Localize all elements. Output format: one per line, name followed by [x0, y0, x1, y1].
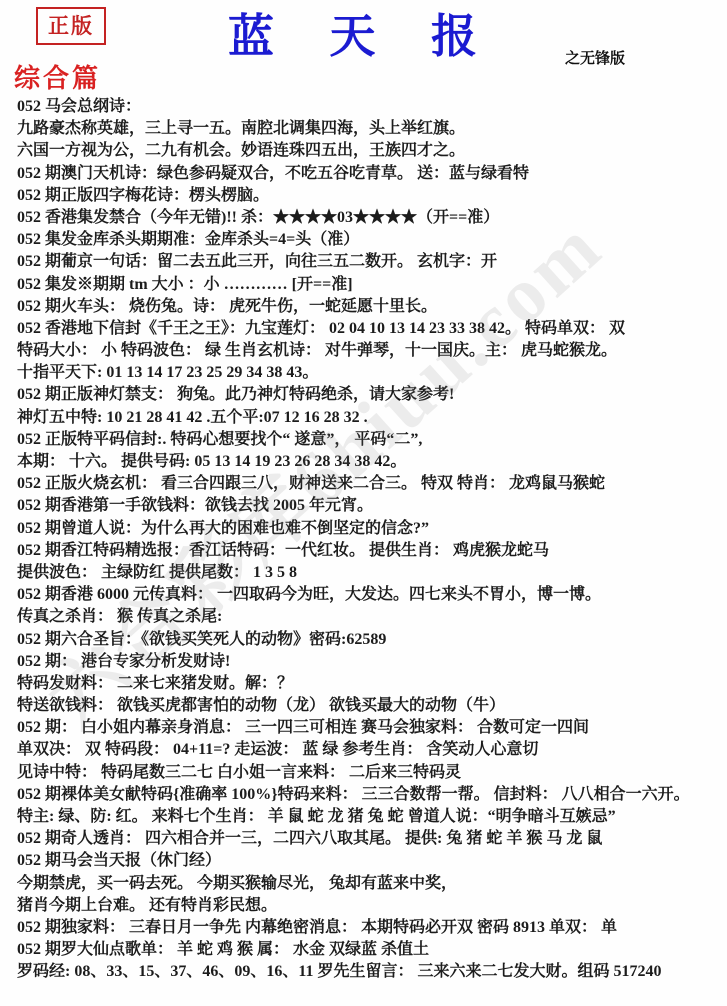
- text-line: 052 集发金库杀头期期准：金库杀头=4=头（准）: [0, 229, 727, 251]
- tips-text-block: 052 马会总纲诗：九路豪杰称英雄，三上寻一五。南腔北调集四海，头上举红旗。六国…: [0, 96, 727, 984]
- text-line: 052 期葡京一句话：留二去五此三开，向往三五二数开。 玄机字：开: [0, 251, 727, 273]
- text-line: 052 期正版四字梅花诗：楞头楞脑。: [0, 185, 727, 207]
- text-line: 提供波色： 主绿防红 提供尾数： 1 3 5 8: [0, 562, 727, 584]
- text-line: 052 正版火烧玄机： 看三合四跟三八，财神送来二合三。 特双 特肖： 龙鸡鼠马…: [0, 473, 727, 495]
- newspaper-page: 正版 蓝 天 报 之无锋版 综合篇 052 马会总纲诗：九路豪杰称英雄，三上寻一…: [0, 0, 727, 1006]
- edition-label: 之无锋版: [565, 47, 625, 68]
- text-line: 052 期奇人透肖： 四六相合并一三，二四六八取其尾。 提供: 兔 猪 蛇 羊 …: [0, 828, 727, 850]
- text-line: 052 集发※期期 tm 大小 ：小 ………… [开==准]: [0, 274, 727, 296]
- text-line: 052 期香江特码精选报：香江话特码：一代红妆。 提供生肖： 鸡虎猴龙蛇马: [0, 540, 727, 562]
- text-line: 罗码经: 08、33、15、37、46、09、16、11 罗先生留言： 三来六来…: [0, 961, 727, 983]
- text-line: 六国一方视为公，二九有机会。妙语连珠四五出，王族四才之。: [0, 140, 727, 162]
- text-line: 见诗中特： 特码尾数三二七 白小姐一言来料： 二后来三特码灵: [0, 762, 727, 784]
- text-line: 052 正版特平码信封:. 特码心想要找个“ 遂意”， 平码“二”,: [0, 429, 727, 451]
- text-line: 九路豪杰称英雄，三上寻一五。南腔北调集四海，头上举红旗。: [0, 118, 727, 140]
- text-line: 052 期独家料： 三春日月一争先 内幕绝密消息： 本期特码必开双 密码 891…: [0, 917, 727, 939]
- text-line: 052 马会总纲诗：: [0, 96, 727, 118]
- text-line: 052 期香港 6000 元传真料： 一四取码今为旺，大发达。四七来头不胃小，博…: [0, 584, 727, 606]
- text-line: 今期禁虎，买一码去死。 今期买猴输尽光， 兔却有蓝来中奖，: [0, 873, 727, 895]
- text-line: 十指平天下: 01 13 14 17 23 25 29 34 38 43。: [0, 362, 727, 384]
- text-line: 传真之杀肖： 猴 传真之杀尾:: [0, 606, 727, 628]
- text-line: 052 期马会当天报（休门经）: [0, 850, 727, 872]
- text-line: 052 期曾道人说：为什么再大的困难也难不倒坚定的信念?”: [0, 518, 727, 540]
- text-line: 特码发财料： 二来七来猪发财。解：？: [0, 673, 727, 695]
- text-line: 052 期： 港台专家分析发财诗!: [0, 651, 727, 673]
- text-line: 猪肖今期上台难。 还有特肖彩民想。: [0, 895, 727, 917]
- section-title: 综合篇: [14, 58, 101, 95]
- text-line: 052 期罗大仙点歌单： 羊 蛇 鸡 猴 属： 水金 双绿蓝 杀值土: [0, 939, 727, 961]
- text-line: 单双决： 双 特码段： 04+11=? 走运波： 蓝 绿 参考生肖： 含笑动人心…: [0, 739, 727, 761]
- text-line: 本期： 十六。 提供号码: 05 13 14 19 23 26 28 34 38…: [0, 451, 727, 473]
- text-line: 052 期火车头： 烧伤兔。诗： 虎死牛伤，一蛇延愿十里长。: [0, 296, 727, 318]
- text-line: 052 期： 白小姐内幕亲身消息： 三一四三可相连 赛马会独家料： 合数可定一四…: [0, 717, 727, 739]
- text-line: 052 期裸体美女献特码{准确率 100%}特码来料： 三三合数帮一帮。 信封料…: [0, 784, 727, 806]
- text-line: 052 期六合圣旨：《欲钱买笑死人的动物》密码:62589: [0, 629, 727, 651]
- text-line: 052 期香港第一手欲钱料：欲钱去找 2005 年元宵。: [0, 495, 727, 517]
- text-line: 052 期澳门天机诗：绿色参码疑双合，不吃五谷吃青草。 送：蓝与绿看特: [0, 163, 727, 185]
- text-line: 特送欲钱料： 欲钱买虎都害怕的动物（龙） 欲钱买最大的动物（牛）: [0, 695, 727, 717]
- text-line: 特码大小： 小 特码波色： 绿 生肖玄机诗： 对牛弹琴，十一国庆。主： 虎马蛇猴…: [0, 340, 727, 362]
- text-line: 神灯五中特: 10 21 28 41 42 .五个平:07 12 16 28 3…: [0, 407, 727, 429]
- text-line: 052 期正版神灯禁支： 狗兔。此乃神灯特码绝杀，请大家参考!: [0, 384, 727, 406]
- text-line: 特主: 绿、防: 红。 来料七个生肖： 羊 鼠 蛇 龙 猪 兔 蛇 曾道人说：“…: [0, 806, 727, 828]
- text-line: 052 香港地下信封《千王之王》：九宝莲灯： 02 04 10 13 14 23…: [0, 318, 727, 340]
- text-line: 052 香港集发禁合（今年无错)!! 杀：★★★★03★★★★（开==准）: [0, 207, 727, 229]
